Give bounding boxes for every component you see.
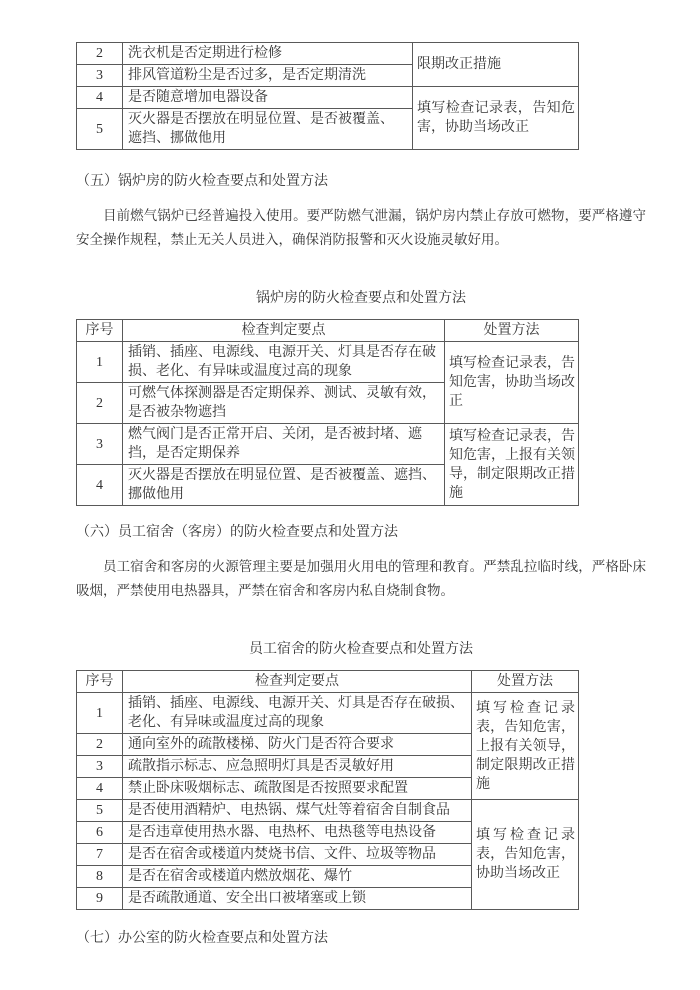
row-number: 3: [77, 424, 123, 465]
table-row: 1 插销、插座、电源线、电源开关、灯具是否存在破损、老化、有异味或温度过高的现象…: [77, 342, 579, 383]
table-header-row: 序号 检查判定要点 处置方法: [77, 320, 579, 342]
disposal-method: 填写检查记录表，告知危害，上报有关领导，制定限期改正措施: [472, 693, 579, 800]
row-number: 4: [77, 87, 123, 109]
row-number: 9: [77, 888, 123, 910]
disposal-method: 填写检查记录表，告知危害，协助当场改正: [472, 800, 579, 910]
table-row: 4 是否随意增加电器设备 填写检查记录表，告知危害，协助当场改正: [77, 87, 579, 109]
section-6-heading: （六）员工宿舍（客房）的防火检查要点和处置方法: [76, 522, 646, 543]
table-row: 2 洗衣机是否定期进行检修 限期改正措施: [77, 43, 579, 65]
inspection-point: 是否违章使用热水器、电热杯、电热毯等电热设备: [123, 822, 472, 844]
table-row: 5 是否使用酒精炉、电热锅、煤气灶等着宿舍自制食品 填写检查记录表，告知危害，协…: [77, 800, 579, 822]
row-number: 1: [77, 342, 123, 383]
inspection-point: 排风管道粉尘是否过多，是否定期清洗: [123, 65, 413, 87]
section-5-paragraph: 目前燃气锅炉已经普遍投入使用。要严防燃气泄漏，锅炉房内禁止存放可燃物，要严格遵守…: [76, 204, 646, 252]
inspection-point: 疏散指示标志、应急照明灯具是否灵敏好用: [123, 756, 472, 778]
section-6-paragraph: 员工宿舍和客房的火源管理主要是加强用火用电的管理和教育。严禁乱拉临时线，严格卧床…: [76, 555, 646, 603]
header-method: 处置方法: [445, 320, 579, 342]
disposal-method: 填写检查记录表，告知危害，上报有关领导，制定限期改正措施: [445, 424, 579, 506]
disposal-method: 填写检查记录表，告知危害，协助当场改正: [413, 87, 579, 150]
row-number: 2: [77, 383, 123, 424]
inspection-point: 是否使用酒精炉、电热锅、煤气灶等着宿舍自制食品: [123, 800, 472, 822]
header-number: 序号: [77, 320, 123, 342]
row-number: 5: [77, 800, 123, 822]
inspection-point: 通向室外的疏散楼梯、防火门是否符合要求: [123, 734, 472, 756]
header-point: 检查判定要点: [123, 320, 445, 342]
inspection-point: 插销、插座、电源线、电源开关、灯具是否存在破损、老化、有异味或温度过高的现象: [123, 342, 445, 383]
row-number: 3: [77, 756, 123, 778]
inspection-point: 燃气阀门是否正常开启、关闭，是否被封堵、遮挡，是否定期保养: [123, 424, 445, 465]
boiler-inspection-table: 序号 检查判定要点 处置方法 1 插销、插座、电源线、电源开关、灯具是否存在破损…: [76, 319, 579, 506]
inspection-point: 禁止卧床吸烟标志、疏散图是否按照要求配置: [123, 778, 472, 800]
row-number: 1: [77, 693, 123, 734]
dormitory-table-title: 员工宿舍的防火检查要点和处置方法: [76, 640, 646, 660]
disposal-method: 填写检查记录表，告知危害，协助当场改正: [445, 342, 579, 424]
table-header-row: 序号 检查判定要点 处置方法: [77, 671, 579, 693]
row-number: 2: [77, 734, 123, 756]
inspection-point: 灭火器是否摆放在明显位置、是否被覆盖、遮挡、挪做他用: [123, 465, 445, 506]
section-7-heading: （七）办公室的防火检查要点和处置方法: [76, 928, 646, 949]
row-number: 8: [77, 866, 123, 888]
row-number: 4: [77, 778, 123, 800]
inspection-point: 是否随意增加电器设备: [123, 87, 413, 109]
inspection-point: 是否在宿舍或楼道内燃放烟花、爆竹: [123, 866, 472, 888]
row-number: 7: [77, 844, 123, 866]
inspection-point: 是否疏散通道、安全出口被堵塞或上锁: [123, 888, 472, 910]
row-number: 2: [77, 43, 123, 65]
section-5-heading: （五）锅炉房的防火检查要点和处置方法: [76, 171, 646, 192]
table-row: 1 插销、插座、电源线、电源开关、灯具是否存在破损、老化、有异味或温度过高的现象…: [77, 693, 579, 734]
disposal-method: 限期改正措施: [413, 43, 579, 87]
boiler-table-title: 锅炉房的防火检查要点和处置方法: [76, 289, 646, 309]
row-number: 6: [77, 822, 123, 844]
document-content: 2 洗衣机是否定期进行检修 限期改正措施 3 排风管道粉尘是否过多，是否定期清洗…: [76, 42, 646, 949]
header-number: 序号: [77, 671, 123, 693]
inspection-point: 灭火器是否摆放在明显位置、是否被覆盖、遮挡、挪做他用: [123, 109, 413, 150]
header-point: 检查判定要点: [123, 671, 472, 693]
table-row: 3 燃气阀门是否正常开启、关闭，是否被封堵、遮挡，是否定期保养 填写检查记录表，…: [77, 424, 579, 465]
inspection-point: 插销、插座、电源线、电源开关、灯具是否存在破损、老化、有异味或温度过高的现象: [123, 693, 472, 734]
continued-inspection-table: 2 洗衣机是否定期进行检修 限期改正措施 3 排风管道粉尘是否过多，是否定期清洗…: [76, 42, 579, 150]
dormitory-inspection-table: 序号 检查判定要点 处置方法 1 插销、插座、电源线、电源开关、灯具是否存在破损…: [76, 670, 579, 910]
row-number: 4: [77, 465, 123, 506]
inspection-point: 洗衣机是否定期进行检修: [123, 43, 413, 65]
row-number: 3: [77, 65, 123, 87]
row-number: 5: [77, 109, 123, 150]
inspection-point: 可燃气体探测器是否定期保养、测试、灵敏有效，是否被杂物遮挡: [123, 383, 445, 424]
header-method: 处置方法: [472, 671, 579, 693]
inspection-point: 是否在宿舍或楼道内焚烧书信、文件、垃圾等物品: [123, 844, 472, 866]
document-page: 2 洗衣机是否定期进行检修 限期改正措施 3 排风管道粉尘是否过多，是否定期清洗…: [0, 0, 700, 990]
